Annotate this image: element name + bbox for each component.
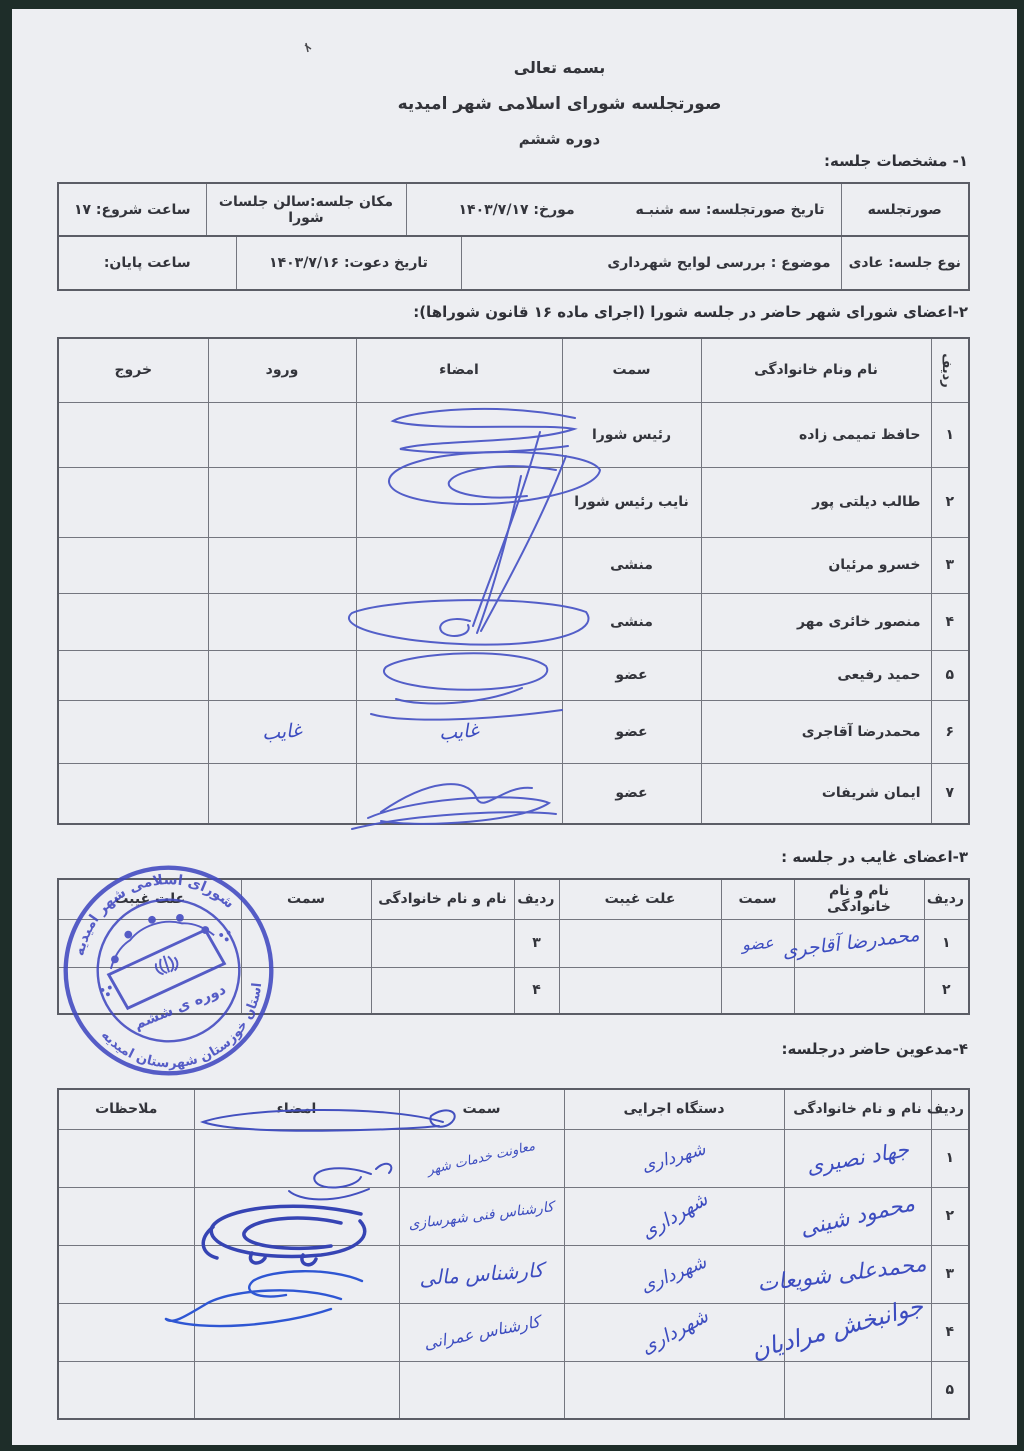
cell-absent-name: محمدرضا آقاجری (794, 919, 924, 967)
cell-invitee-position: کارشناس فنی شهرسازی (399, 1187, 564, 1245)
cell-entry (208, 402, 356, 467)
cell-invitee-position (399, 1361, 564, 1419)
cell-signature (356, 593, 562, 650)
cell-signature (356, 537, 562, 593)
page-title: صورتجلسه شورای اسلامی شهر امیدیه (60, 94, 1024, 114)
cell-absence-reason (559, 919, 721, 967)
header-entry: ورود (208, 338, 356, 402)
table-row: ۲ طالب دیلتی پور نایب رئیس شورا (58, 467, 969, 537)
cell-entry (208, 763, 356, 824)
date-spread: تاریخ صورتجلسه: سه شنبـه مورخ: ۱۴۰۳/۷/۱۷ (411, 202, 837, 218)
table-header-row: ردیف نام و نام خانوادگی سمت علت غیبت ردی… (58, 879, 969, 919)
invitees-table: ردیف نام و نام خانوادگی دستگاه اجرایی سم… (57, 1088, 970, 1420)
scanned-meeting-minutes-page: بسمه تعالی صورتجلسه شورای اسلامی شهر امی… (0, 0, 1024, 1451)
cell-position: عضو (562, 650, 701, 700)
handwritten-agency: شهرداری (637, 1188, 711, 1244)
cell-signature (194, 1303, 399, 1361)
cell-exit (58, 593, 208, 650)
header-signature: امضاء (194, 1089, 399, 1129)
cell-agency: شهرداری (564, 1187, 784, 1245)
cell-remarks (58, 1361, 194, 1419)
header-name: نام و نام خانوادگی (794, 879, 924, 919)
cell-absence-reason (559, 967, 721, 1014)
cell-absence-reason (58, 919, 241, 967)
bismillah-text: بسمه تعالی (60, 58, 1024, 77)
cell-signature (356, 402, 562, 467)
cell-member-name: منصور خائری مهر (701, 593, 931, 650)
header-name: نام ونام خانوادگی (701, 338, 931, 402)
header-name: نام و نام خانوادگی (371, 879, 514, 919)
cell-location: مکان جلسه:سالن جلسات شورا (206, 183, 406, 236)
cell-invitee-position: کارشناس مالی (399, 1245, 564, 1303)
cell-entry-absent: غایب (208, 700, 356, 763)
cell-meeting-type: نوع جلسه: عادی (841, 236, 969, 290)
cell-invitee-position: کارشناس عمرانی (399, 1303, 564, 1361)
date-value: مورخ: ۱۴۰۳/۷/۱۷ (459, 202, 575, 218)
handwritten-absent-position: عضو (741, 932, 774, 953)
absent-members-table: ردیف نام و نام خانوادگی سمت علت غیبت ردی… (57, 878, 970, 1015)
cell-agency: شهرداری (564, 1129, 784, 1187)
cell-position: منشی (562, 593, 701, 650)
header-exit: خروج (58, 338, 208, 402)
header-position: سمت (399, 1089, 564, 1129)
cell-member-name: خسرو مرئیان (701, 537, 931, 593)
table-row: ۱ جهاد نصیری شهرداری معاونت خدمات شهر (58, 1129, 969, 1187)
cell-entry (208, 650, 356, 700)
cell-position: رئیس شورا (562, 402, 701, 467)
cell-row-no: ۷ (931, 763, 969, 824)
section1-title: ۱- مشخصات جلسه: (824, 152, 968, 170)
handwritten-absent-name: محمدرضا آقاجری (781, 924, 920, 963)
cell-row-no: ۳ (514, 919, 559, 967)
cell-absent-name (371, 967, 514, 1014)
cell-member-name: ایمان شریفات (701, 763, 931, 824)
cell-position: عضو (562, 763, 701, 824)
cell-exit (58, 402, 208, 467)
cell-invitee-position: معاونت خدمات شهر (399, 1129, 564, 1187)
cell-exit (58, 700, 208, 763)
cell-remarks (58, 1245, 194, 1303)
cell-position: منشی (562, 537, 701, 593)
cell-absent-position (241, 967, 371, 1014)
header-position: سمت (562, 338, 701, 402)
cell-member-name: حمید رفیعی (701, 650, 931, 700)
cell-signature (194, 1361, 399, 1419)
printed-content-layer: بسمه تعالی صورتجلسه شورای اسلامی شهر امی… (0, 0, 1024, 1451)
date-label: تاریخ صورتجلسه: سه شنبـه (635, 202, 824, 218)
cell-remarks (58, 1129, 194, 1187)
table-row: ۴ منصور خائری مهر منشی (58, 593, 969, 650)
cell-absent-name (371, 919, 514, 967)
cell-absence-reason (58, 967, 241, 1014)
table-row: ۴ جوانبخش مرادیان شهرداری کارشناس عمرانی (58, 1303, 969, 1361)
table-row: ۵ (58, 1361, 969, 1419)
handwritten-absent-note: غایب (261, 719, 302, 744)
table-row: ۶ محمدرضا آقاجری عضو غایب غایب (58, 700, 969, 763)
table-header-row: ردیف نام ونام خانوادگی سمت امضاء ورود خر… (58, 338, 969, 402)
cell-row-no: ۴ (931, 593, 969, 650)
cell-row-no: ۳ (931, 1245, 969, 1303)
cell-row-no: ۲ (931, 1187, 969, 1245)
table-row: نوع جلسه: عادی موضوع : بررسی لوایح شهردا… (58, 236, 969, 290)
cell-position: عضو (562, 700, 701, 763)
cell-row-no: ۴ (514, 967, 559, 1014)
header-row-no: ردیف (931, 1089, 969, 1129)
cell-remarks (58, 1303, 194, 1361)
handwritten-invitee-name: محمود شینی (798, 1191, 918, 1242)
header-signature: امضاء (356, 338, 562, 402)
cell-meeting-date: تاریخ صورتجلسه: سه شنبـه مورخ: ۱۴۰۳/۷/۱۷ (406, 183, 841, 236)
header-row-no: ردیف (931, 338, 969, 402)
header-position: سمت (241, 879, 371, 919)
cell-invitee-name: جهاد نصیری (784, 1129, 931, 1187)
cell-signature (194, 1187, 399, 1245)
cell-absent-name (794, 967, 924, 1014)
handwritten-position: معاونت خدمات شهر (426, 1139, 537, 1178)
header-reason: علت غیبت (58, 879, 241, 919)
header-row-no: ردیف (514, 879, 559, 919)
table-row: ۳ خسرو مرئیان منشی (58, 537, 969, 593)
cell-entry (208, 537, 356, 593)
cell-row-no: ۶ (931, 700, 969, 763)
cell-position: نایب رئیس شورا (562, 467, 701, 537)
header-agency: دستگاه اجرایی (564, 1089, 784, 1129)
meeting-info-table-row2: نوع جلسه: عادی موضوع : بررسی لوایح شهردا… (57, 235, 970, 291)
cell-remarks (58, 1187, 194, 1245)
cell-doc-type: صورتجلسه (841, 183, 969, 236)
section4-title: ۴-مدعوین حاضر درجلسه: (782, 1040, 968, 1058)
cell-absent-position (721, 967, 794, 1014)
cell-exit (58, 650, 208, 700)
table-row: ۳ محمدعلی شویعات شهرداری کارشناس مالی (58, 1245, 969, 1303)
cell-member-name: طالب دیلتی پور (701, 467, 931, 537)
cell-agency: شهرداری (564, 1245, 784, 1303)
cell-invitee-name: محمود شینی (784, 1187, 931, 1245)
cell-signature (356, 467, 562, 537)
cell-row-no: ۳ (931, 537, 969, 593)
cell-agency (564, 1361, 784, 1419)
cell-exit (58, 537, 208, 593)
handwritten-invitee-name: جهاد نصیری (804, 1137, 910, 1179)
cell-signature (356, 763, 562, 824)
cell-invitee-name: جوانبخش مرادیان (784, 1303, 931, 1361)
cell-signature (194, 1129, 399, 1187)
cell-signature (356, 650, 562, 700)
cell-member-name: محمدرضا آقاجری (701, 700, 931, 763)
cell-exit (58, 763, 208, 824)
cell-entry (208, 593, 356, 650)
handwritten-agency: شهرداری (638, 1251, 710, 1296)
table-row: ۷ ایمان شریفات عضو (58, 763, 969, 824)
cell-signature (194, 1245, 399, 1303)
cell-start-time: ساعت شروع: ۱۷ (58, 183, 206, 236)
header-reason: علت غیبت (559, 879, 721, 919)
handwritten-agency: شهرداری (637, 1305, 712, 1359)
handwritten-position: کارشناس عمرانی (422, 1311, 541, 1352)
cell-row-no: ۱ (931, 1129, 969, 1187)
council-term: دوره ششم (60, 130, 1024, 148)
table-row: ۲ محمود شینی شهرداری کارشناس فنی شهرسازی (58, 1187, 969, 1245)
meeting-info-table: صورتجلسه تاریخ صورتجلسه: سه شنبـه مورخ: … (57, 182, 970, 237)
cell-row-no: ۵ (931, 1361, 969, 1419)
cell-invite-date: تاریخ دعوت: ۱۴۰۳/۷/۱۶ (236, 236, 461, 290)
cell-row-no: ۵ (931, 650, 969, 700)
table-row: ۲ ۴ (58, 967, 969, 1014)
handwritten-agency: شهرداری (640, 1139, 708, 1176)
header-row-no: ردیف (924, 879, 969, 919)
cell-row-no: ۲ (924, 967, 969, 1014)
table-row: ۱ حافظ تمیمی زاده رئیس شورا (58, 402, 969, 467)
cell-signature-absent: غایب (356, 700, 562, 763)
cell-row-no: ۱ (924, 919, 969, 967)
cell-invitee-name (784, 1361, 931, 1419)
cell-row-no: ۱ (931, 402, 969, 467)
handwritten-position: کارشناس مالی (419, 1258, 545, 1291)
handwritten-absent-note: غایب (438, 719, 479, 744)
cell-absent-position (241, 919, 371, 967)
table-header-row: ردیف نام و نام خانوادگی دستگاه اجرایی سم… (58, 1089, 969, 1129)
cell-subject: موضوع : بررسی لوایح شهرداری (461, 236, 841, 290)
cell-row-no: ۴ (931, 1303, 969, 1361)
table-row: ۵ حمید رفیعی عضو (58, 650, 969, 700)
header-remarks: ملاحظات (58, 1089, 194, 1129)
cell-entry (208, 467, 356, 537)
cell-row-no: ۲ (931, 467, 969, 537)
cell-member-name: حافظ تمیمی زاده (701, 402, 931, 467)
header-position: سمت (721, 879, 794, 919)
section2-title: ۲-اعضای شورای شهر حاضر در جلسه شورا (اجر… (413, 303, 968, 321)
cell-end-time: ساعت پایان: (58, 236, 236, 290)
header-name: نام و نام خانوادگی (784, 1089, 931, 1129)
handwritten-position: کارشناس فنی شهرسازی (408, 1199, 555, 1233)
table-row: صورتجلسه تاریخ صورتجلسه: سه شنبـه مورخ: … (58, 183, 969, 236)
table-row: ۱ محمدرضا آقاجری عضو ۳ (58, 919, 969, 967)
present-members-table: ردیف نام ونام خانوادگی سمت امضاء ورود خر… (57, 337, 970, 825)
cell-exit (58, 467, 208, 537)
section3-title: ۳-اعضای غایب در جلسه : (781, 848, 968, 866)
